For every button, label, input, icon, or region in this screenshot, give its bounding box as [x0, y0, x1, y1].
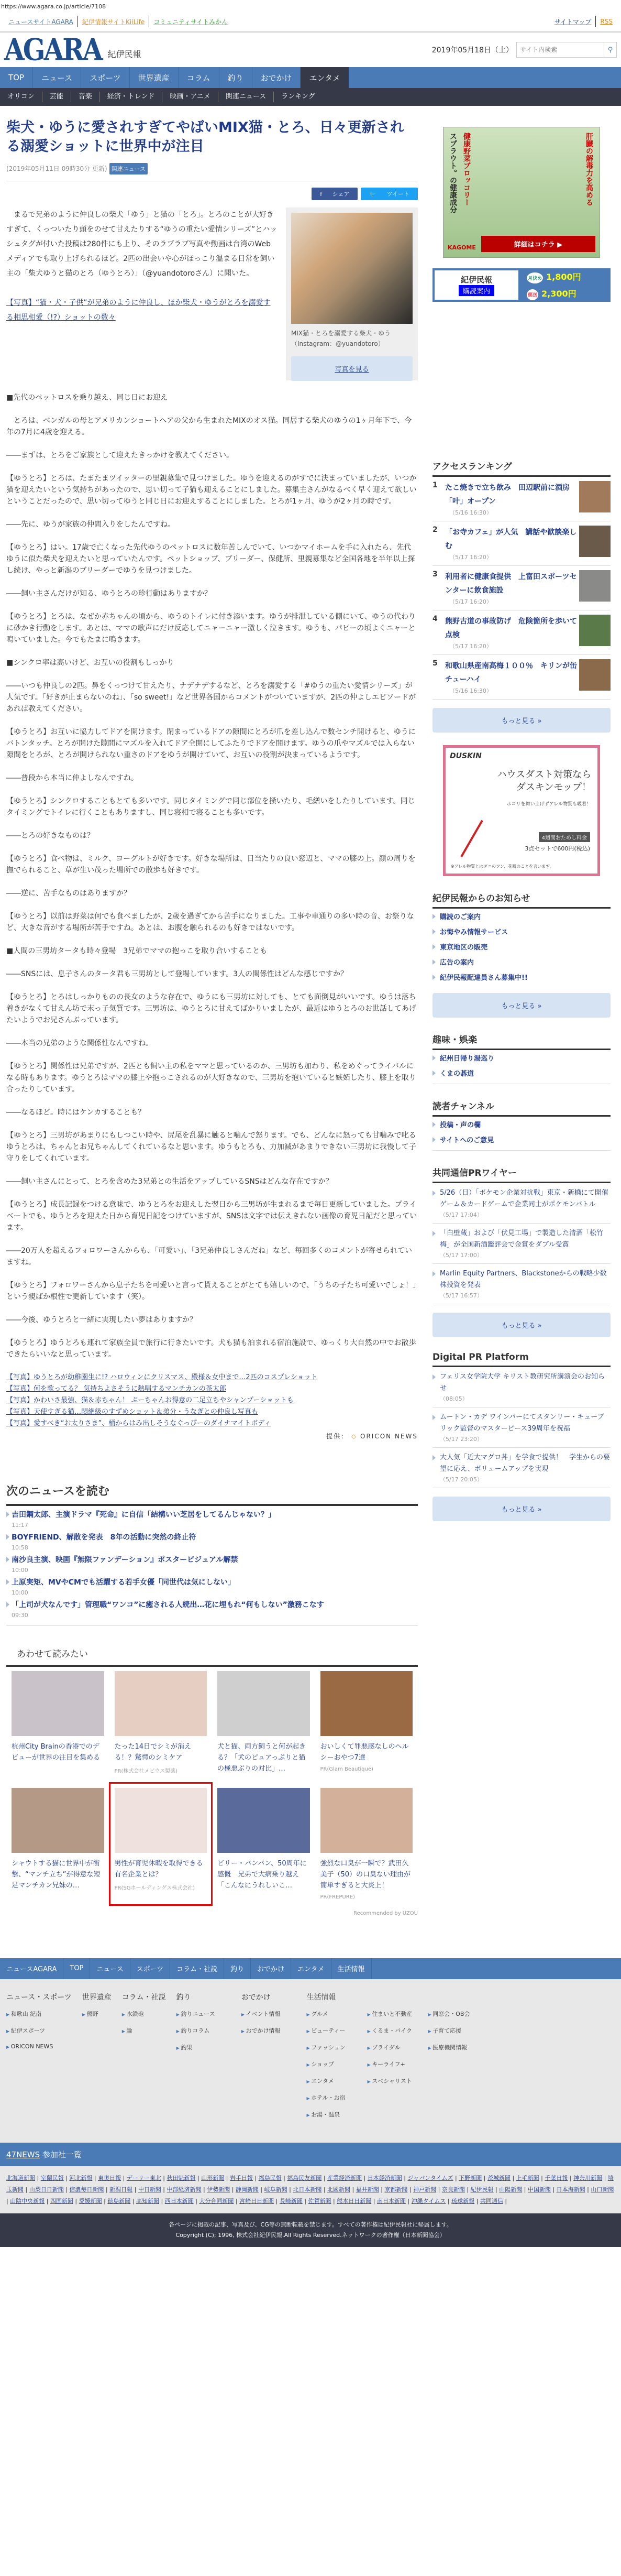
card-title: たった14日でシミが消える！？驚愕のシミケア [115, 1741, 207, 1763]
link-news-site[interactable]: ニュースサイトAGARA [4, 17, 77, 26]
pr-link[interactable]: 5/26（日）「ポケモン企業対抗戦」東京・新橋にて開催 ゲーム＆カードゲームで企… [440, 1189, 615, 1208]
paragraph: ――まずは、とろをご家族として迎えたきっかけを教えてください。 [6, 450, 418, 461]
snav-related[interactable]: 関連ニュース [218, 92, 274, 102]
footer-col-fishing: 釣り釣りニュース釣りコラム釣果 [176, 1992, 215, 2127]
rank-number: 1 [433, 481, 445, 517]
notice-list: 購読のご案内 お悔やみ情報サービス 東京地区の販売 広告の案内 紀伊民報配達員さ… [433, 909, 611, 985]
article-updated: (2019年05月11日 09時30分 更新) [6, 164, 107, 173]
newspaper-link[interactable]: 共同通信 [480, 2198, 503, 2204]
article-column: 柴犬・ゆうに愛されすぎてやばいMIX猫・とろ、日々更新される溺愛ショットに世界中… [6, 106, 418, 1916]
paragraph: ■人間の三男坊タータも時々登場 3兄弟でママの抱っこを取り合いすることも [6, 945, 418, 957]
footer-link[interactable]: お湯・温泉 [306, 2110, 364, 2119]
footer-link[interactable]: ビューティー [306, 2026, 364, 2035]
newspaper-link[interactable]: 大分合同新聞 [199, 2198, 234, 2204]
footer-link[interactable]: 水鉄砲 [122, 2010, 166, 2018]
utility-bar: ニュースサイトAGARA 紀伊情報サイトKiiLife コミュニティサイトみかん… [0, 12, 621, 32]
separator: | [494, 2186, 500, 2193]
ranking-thumbnail[interactable] [579, 526, 611, 557]
col-heading: おでかけ [241, 1992, 281, 2002]
reader-list: 投稿・声の欄 サイトへのご意見 [433, 1117, 611, 1151]
ad-brand: KAGOME [448, 244, 476, 251]
separator: | [321, 2175, 327, 2181]
ad-brand: DUSKIN [450, 752, 593, 760]
paragraph: ――飼い主さんにとって、とろを含めた3兄弟との生活をアップしているSNSはどんな… [6, 1176, 418, 1187]
separator: | [585, 2186, 591, 2193]
newspaper-link[interactable]: デーリー東北 [127, 2175, 161, 2181]
list-item: お悔やみ情報サービス [433, 924, 611, 939]
footer-link[interactable]: キーライフ+ [367, 2060, 425, 2068]
kagome-ad[interactable]: スプラウト。の健康成分 健康野菜ブロッコリー 肝臓の解毒力を高める KAGOME… [443, 127, 600, 258]
subscribe-label: 購読案内 [459, 285, 494, 296]
link-kiilife[interactable]: 紀伊情報サイトKiiLife [78, 17, 149, 26]
newspaper-link[interactable]: 京都新聞 [384, 2186, 407, 2193]
newspaper-link[interactable]: 東奥日報 [98, 2175, 121, 2181]
ranking-list: 1たこ焼きで立ち飲み 田辺駅前に酒房「叶」オープン（5/16 16:30） 2「… [433, 477, 611, 700]
ranking-link[interactable]: 熊野古道の事故防げ 危険箇所を歩いて点検 [445, 617, 577, 639]
duskin-ad[interactable]: DUSKIN ハウスダスト対策ならダスキンモップ！ ホコリを舞い上げずアレル物質… [443, 745, 600, 876]
newspaper-link[interactable]: 産業経済新聞 [327, 2175, 362, 2181]
recommend-grid: 杭州City Brainの香港でのデビューが世界の注目を集める たった14日でシ… [6, 1671, 418, 1900]
reader-link[interactable]: サイトへのご意見 [440, 1137, 494, 1144]
newspaper-link[interactable]: 北海道新聞 [6, 2175, 35, 2181]
sidebar: スプラウト。の健康成分 健康野菜ブロッコリー 肝臓の解毒力を高める KAGOME… [433, 106, 611, 1916]
mail-badge: 郵送 [527, 289, 538, 300]
footer-link[interactable]: 子育て応援 [428, 2026, 485, 2035]
separator: | [259, 2186, 264, 2193]
list-item: 紀伊民報配達員さん募集中!! [433, 969, 611, 985]
separator: | [24, 2186, 29, 2193]
dpr-more-button[interactable]: もっと見る » [433, 1497, 611, 1521]
fnav-home[interactable]: ニュースAGARA [0, 1958, 63, 1979]
site-logo[interactable]: AGARA 紀伊民報 [4, 37, 141, 63]
separator: | [159, 2198, 165, 2204]
monthly-price: 1,800円 [546, 272, 581, 282]
ranking-item: 1たこ焼きで立ち飲み 田辺駅前に酒房「叶」オープン（5/16 16:30） [433, 477, 611, 521]
paragraph: ――とろの好きなものは？ [6, 830, 418, 842]
gnav-column[interactable]: コラム [179, 67, 219, 88]
footer-link[interactable]: 釣りコラム [176, 2026, 215, 2035]
ranking-item: 3利用者に健康食提供 上富田スポーツセンターに飲食施設（5/17 16:20） [433, 566, 611, 610]
newspaper-link[interactable]: 千葉日報 [545, 2175, 568, 2181]
newspaper-link[interactable]: 沖縄タイムス [412, 2198, 446, 2204]
notice-heading: 紀伊民報からのお知らせ [433, 891, 611, 909]
ranking-date: （5/17 16:20） [445, 597, 579, 606]
newspaper-link[interactable]: 信濃毎日新聞 [69, 2186, 104, 2193]
pr-link[interactable]: ムートン・カデ ワインバーにてスタンリー・キューブリック監督のマスターピース39… [440, 1413, 604, 1433]
news-time: 11:17 [12, 1522, 418, 1529]
related-link[interactable]: 【写真】天使すぎる猫…悶絶級のすずめショット＆弟分・うなぎとの仲良し写真も [6, 1406, 418, 1418]
hobby-list: 紀州日帰り湯巡り くまの碁道 [433, 1050, 611, 1084]
footer-link[interactable]: ショップ [306, 2060, 364, 2068]
copyright-notice: 各ページに掲載の記事、写真及び、CG等の無断転載を禁じます。すべての著作権は紀伊… [6, 2220, 615, 2230]
newspaper-link[interactable]: 室蘭民報 [41, 2175, 64, 2181]
related-link[interactable]: 【写真】何を歌ってる？ 気持ちよさそうに熱唱するマンチカンの茶太郎 [6, 1383, 418, 1395]
newspaper-link[interactable]: 徳島新聞 [107, 2198, 130, 2204]
hobby-link[interactable]: くまの碁道 [440, 1070, 474, 1078]
paragraph: ――普段から本当に仲よしなんですね。 [6, 772, 418, 784]
footer-link[interactable]: スペシャリスト [367, 2077, 425, 2085]
footer-link[interactable]: 釣果 [176, 2043, 215, 2051]
footer-link[interactable]: ORICON NEWS [6, 2043, 72, 2050]
newspaper-link[interactable]: 上毛新聞 [516, 2175, 539, 2181]
separator: | [196, 2175, 202, 2181]
news-time: 10:00 [12, 1589, 418, 1596]
newspaper-link[interactable]: 中国新聞 [528, 2186, 551, 2193]
separator: | [331, 2198, 337, 2204]
separator: | [202, 2186, 207, 2193]
pr-date: （08:05） [440, 1394, 611, 1403]
newspaper-link[interactable]: 神戸新聞 [413, 2186, 436, 2193]
snav-oricon[interactable]: オリコン [0, 92, 42, 102]
snav-economy[interactable]: 経済・トレンド [100, 92, 163, 102]
newspaper-link[interactable]: 伊勢新聞 [207, 2186, 230, 2193]
footer-link[interactable]: 住まいと不動産 [367, 2010, 425, 2018]
card-thumbnail [320, 1788, 413, 1853]
newspaper-link[interactable]: 山梨日日新聞 [29, 2186, 64, 2193]
news-time: 09:30 [12, 1612, 418, 1619]
fnav-fishing[interactable]: 釣り [224, 1958, 251, 1979]
card-title: 強烈な口臭が一瞬で？武田久美子（50）の口臭ない理由が簡単すぎると大炎上！ [320, 1858, 413, 1891]
newspaper-link[interactable]: 山陰中央新報 [10, 2198, 45, 2204]
paragraph: ――先に、ゆうが家族の仲間入りをしたんですね。 [6, 519, 418, 530]
fnav-entertainment[interactable]: エンタメ [291, 1958, 331, 1979]
browser-url: https://www.agara.co.jp/article/7108 [0, 0, 621, 12]
gnav-heritage[interactable]: 世界遺産 [130, 67, 179, 88]
paragraph: ――SNSには、息子さんのタータ君も三男坊として登場しています。3人の関係性はど… [6, 968, 418, 980]
separator: | [350, 2186, 356, 2193]
list-item: 「白壁蔵」および「伏見工場」で製造した清酒「松竹梅」が全国新酒鑑評会で金賞をダブ… [433, 1224, 611, 1264]
footer-link[interactable]: ホテル・お宿 [306, 2093, 364, 2102]
card-thumbnail [115, 1671, 207, 1736]
gnav-entertainment[interactable]: エンタメ [301, 67, 349, 88]
article-lead: まるで兄弟のように仲良しの柴犬「ゆう」と猫の「とろ」。とろのことが大好きすぎて、… [6, 208, 278, 281]
footer-nav: ニュースAGARA TOP ニュース スポーツ コラム・社説 釣り おでかけ エ… [0, 1958, 621, 1979]
ranking-date: （5/16 16:30） [445, 508, 579, 517]
notice-link[interactable]: 東京地区の販売 [440, 944, 487, 952]
ranking-item: 4熊野古道の事故防げ 危険箇所を歩いて点検（5/17 16:20） [433, 610, 611, 655]
newspaper-link[interactable]: 中日新聞 [138, 2186, 161, 2193]
newspaper-link[interactable]: 福井新聞 [356, 2186, 379, 2193]
47news-bar: 47NEWS 参加社一覧 [0, 2143, 621, 2166]
ranking-link[interactable]: たこ焼きで立ち飲み 田辺駅前に酒房「叶」オープン [445, 484, 570, 506]
newspaper-link[interactable]: 岐阜新聞 [264, 2186, 287, 2193]
footer-col-news: ニュース・スポーツ和歌山 紀南紀伊スポーツORICON NEWS [6, 1992, 72, 2127]
card-sponsor: PR(株式会社メビウス製薬) [115, 1766, 207, 1774]
newspaper-link[interactable]: 南日本新聞 [377, 2198, 406, 2204]
global-nav: TOP ニュース スポーツ 世界遺産 コラム 釣り おでかけ エンタメ [0, 67, 621, 88]
footer-col-outing: おでかけイベント情報おでかけ情報 [241, 1992, 281, 2127]
separator: | [602, 2175, 608, 2181]
footer-link[interactable]: 同窓会・OB会 [428, 2010, 485, 2018]
list-item: フェリス女学院大学 キリスト教研究所講演会のお知らせ（08:05） [433, 1367, 611, 1407]
fnav-sports[interactable]: スポーツ [130, 1958, 170, 1979]
newspaper-link[interactable]: 奈良新聞 [442, 2186, 465, 2193]
facebook-icon: f [316, 189, 328, 200]
col-heading: 世界遺産 [82, 1992, 112, 2002]
fnav-life[interactable]: 生活情報 [331, 1958, 372, 1979]
newspaper-list: 北海道新聞 | 室蘭民報 | 河北新報 | 東奥日報 | デーリー東北 | 秋田… [0, 2166, 621, 2213]
separator: | [161, 2186, 167, 2193]
newspaper-link[interactable]: 日本経済新聞 [368, 2175, 402, 2181]
related-link[interactable]: 【写真】かわいさ最強、猫＆赤ちゃん！ ぷーちゃんお得意の二足立ちやシャンプーショ… [6, 1395, 418, 1406]
separator: | [362, 2175, 368, 2181]
rank-number: 5 [433, 659, 445, 695]
newspaper-link[interactable]: 河北新報 [69, 2175, 92, 2181]
related-photo-links: 【写真】ゆうとろが幼稚園生に!? ハロウィンにクリスマス、殿様＆女中まで…2匹の… [6, 1372, 418, 1429]
separator: | [446, 2198, 451, 2204]
ranking-item: 2「お寺カフェ」が人気 講話や歓談楽しむ（5/17 16:20） [433, 521, 611, 566]
newspaper-link[interactable]: 岩手日報 [230, 2175, 253, 2181]
separator: | [73, 2198, 79, 2204]
pr-link[interactable]: 大人気「近大マグロ丼」を学食で提供！ 学生からの要望に応え、ボリュームアップを実… [440, 1454, 610, 1473]
news-link[interactable]: 吉田鋼太郎、主演ドラマ『死命』に自信「結構いい芝居をしてるんじゃない？」 [12, 1511, 275, 1519]
subscribe-banner[interactable]: 紀伊民報購読案内 月決め1,800円 郵送2,300円 [433, 268, 611, 302]
list-item: 吉田鋼太郎、主演ドラマ『死命』に自信「結構いい芝居をしてるんじゃない？」11:1… [6, 1506, 418, 1529]
ranking-thumbnail[interactable] [579, 481, 611, 512]
notice-link[interactable]: 購読のご案内 [440, 913, 481, 921]
separator: | [371, 2198, 377, 2204]
newspaper-link[interactable]: ジャパンタイムズ [407, 2175, 453, 2181]
snav-ranking[interactable]: ランキング [274, 92, 323, 102]
gnav-fishing[interactable]: 釣り [219, 67, 252, 88]
pr-link[interactable]: 「白壁蔵」および「伏見工場」で製造した清酒「松竹梅」が全国新酒鑑評会で金賞をダブ… [440, 1229, 603, 1249]
paragraph: 【ゆうとろ】成長記録をつける意味で、ゆうとろをお迎えした翌日から三男坊が生まれる… [6, 1199, 418, 1234]
label: シェア [328, 189, 354, 200]
card-sponsor: PR(Glam Beautique) [320, 1766, 413, 1772]
recommend-card[interactable]: ビリー・バンバン、50周年に感慨 兄弟で大病乗り越え「こんなにうれしいこ… [217, 1788, 310, 1900]
newspaper-link[interactable]: 長崎新聞 [280, 2198, 303, 2204]
separator: | [511, 2175, 516, 2181]
divider [6, 181, 418, 181]
reader-link[interactable]: 投稿・声の欄 [440, 1121, 481, 1129]
separator: | [253, 2175, 259, 2181]
search-input[interactable] [517, 42, 604, 57]
footer-link[interactable]: イベント情報 [241, 2010, 281, 2018]
footer-link[interactable]: おでかけ情報 [241, 2026, 281, 2035]
ranking-more-button[interactable]: もっと見る » [433, 708, 611, 733]
notice-more-button[interactable]: もっと見る » [433, 993, 611, 1018]
newspaper-link[interactable]: 琉球新報 [451, 2198, 474, 2204]
newspaper-link[interactable]: 四国新聞 [50, 2198, 73, 2204]
separator: | [92, 2175, 98, 2181]
notice-link[interactable]: 紀伊民報配達員さん募集中!! [440, 974, 528, 982]
ranking-thumbnail[interactable] [579, 615, 611, 646]
card-title: 犬と猫、両方飼うと何が起きる？「犬のピュアっぷりと猫の極悪ぶりの対比」… [217, 1741, 310, 1774]
search-icon[interactable]: ⚲ [604, 42, 616, 57]
kyodo-list: 5/26（日）「ポケモン企業対抗戦」東京・新橋にて開催 ゲーム＆カードゲームで企… [433, 1183, 611, 1304]
ranking-link[interactable]: 利用者に健康食提供 上富田スポーツセンターに飲食施設 [445, 573, 576, 595]
snav-movie[interactable]: 映画・アニメ [162, 92, 218, 102]
ranking-link[interactable]: 「お寺カフェ」が人気 講話や歓談楽しむ [445, 528, 576, 550]
hobby-link[interactable]: 紀州日帰り湯巡り [440, 1055, 494, 1063]
recommend-card[interactable]: 犬と猫、両方飼うと何が起きる？「犬のピュアっぷりと猫の極悪ぶりの対比」… [217, 1671, 310, 1777]
list-item: 購読のご案内 [433, 909, 611, 924]
paragraph: 【ゆうとろ】とろは、たまたまツイッターの里親募集で見つけました。ゆうを迎えるのが… [6, 473, 418, 507]
dpr-heading: Digital PR Platform [433, 1352, 611, 1367]
footer-link[interactable]: 和歌山 紀南 [6, 2010, 72, 2018]
col-heading: ニュース・スポーツ [6, 1992, 72, 2002]
separator: | [64, 2175, 70, 2181]
newspaper-link[interactable]: 中部経済新聞 [167, 2186, 202, 2193]
col-heading: 生活情報 [306, 1992, 485, 2002]
footer-link[interactable]: 医療機関情報 [428, 2043, 485, 2051]
newspaper-link[interactable]: 北國新聞 [327, 2186, 350, 2193]
rank-number: 2 [433, 526, 445, 561]
newspaper-link[interactable]: 高知新聞 [136, 2198, 159, 2204]
newspaper-link[interactable]: 北日本新聞 [293, 2186, 321, 2193]
paragraph: 【ゆうとろ】三男坊があまりにもしつこい時や、尻尾を乱暴に触ると噛んで怒ります。で… [6, 1130, 418, 1164]
news-link[interactable]: 上原実矩、MVやCMでも活躍する若手女優「同世代は気にしない」 [12, 1578, 235, 1587]
newspaper-link[interactable]: 佐賀新聞 [308, 2198, 331, 2204]
ranking-thumbnail[interactable] [579, 659, 611, 691]
sub-nav: オリコン 芸能 音楽 経済・トレンド 映画・アニメ 関連ニュース ランキング [0, 88, 621, 106]
recommend-card[interactable]: たった14日でシミが消える！？驚愕のシミケアPR(株式会社メビウス製薬) [115, 1671, 207, 1777]
newspaper-link[interactable]: 愛媛新聞 [79, 2198, 102, 2204]
ad-price: 3点セットで600円(税込) [525, 844, 590, 853]
footer-link[interactable]: 釣りニュース [176, 2010, 215, 2018]
ranking-thumbnail[interactable] [579, 570, 611, 602]
separator: | [303, 2198, 308, 2204]
footer-link[interactable]: くるま・バイク [367, 2026, 425, 2035]
article-photo[interactable] [291, 213, 413, 324]
fnav-column[interactable]: コラム・社説 [170, 1958, 224, 1979]
recommended-by: Recommended by UZOU [6, 1911, 418, 1916]
separator: | [102, 2198, 108, 2204]
gnav-top[interactable]: TOP [0, 67, 33, 88]
separator: | [522, 2186, 528, 2193]
pr-link[interactable]: フェリス女学院大学 キリスト教研究所講演会のお知らせ [440, 1373, 605, 1392]
news-link[interactable]: 「上司が犬なんです」管理職“ワンコ”に癒される人続出…花に埋もれ“何もしない”激… [12, 1601, 324, 1609]
footer-link[interactable]: 熊野 [82, 2010, 112, 2018]
link-rss[interactable]: RSS [596, 18, 617, 25]
view-photos-button[interactable]: 写真を見る [291, 356, 413, 381]
card-title: おいしくて罪悪感なしのヘルシーおやつ7選 [320, 1741, 413, 1763]
newspaper-link[interactable]: 日本海新聞 [557, 2186, 585, 2193]
newspaper-link[interactable]: 神奈川新聞 [573, 2175, 602, 2181]
ad-cta-button[interactable]: 詳細はコチラ ▶ [481, 236, 595, 252]
footer-link[interactable]: 論 [122, 2026, 166, 2035]
footer-link[interactable]: グルメ [306, 2010, 364, 2018]
kyodo-more-button[interactable]: もっと見る » [433, 1313, 611, 1337]
pr-link[interactable]: Marlin Equity Partners、Blackstoneからの戦略少数… [440, 1270, 607, 1289]
fnav-outing[interactable]: おでかけ [251, 1958, 291, 1979]
newspaper-link[interactable]: 紀伊民報 [471, 2186, 494, 2193]
ranking-heading: アクセスランキング [433, 459, 611, 477]
monthly-badge: 月決め [527, 272, 543, 283]
pr-date: （5/17 20:05） [440, 1475, 611, 1483]
snav-geinou[interactable]: 芸能 [42, 92, 71, 102]
related-link[interactable]: 【写真】愛すべき“お太りさま”、桶からはみ出しそうなぐっぴーのダイナマイトボディ [6, 1418, 418, 1429]
pr-date: （5/17 17:04） [440, 1210, 611, 1219]
list-item: 広告の案内 [433, 954, 611, 969]
ad-trial: 4週間おためし料金 [539, 832, 590, 842]
credit-prefix: 提供： [326, 1433, 348, 1440]
card-sponsor: PR(SGホールディングス株式会社) [115, 1883, 207, 1891]
article-title: 柴犬・ゆうに愛されすぎてやばいMIX猫・とろ、日々更新される溺愛ショットに世界中… [6, 118, 418, 157]
category-tag[interactable]: 関連ニュース [109, 163, 148, 174]
separator: | [465, 2186, 471, 2193]
twitter-tweet-button[interactable]: 🐦 ツイート [361, 188, 418, 200]
fnav-news[interactable]: ニュース [90, 1958, 130, 1979]
facebook-share-button[interactable]: f シェア [312, 188, 358, 200]
card-thumbnail [115, 1788, 207, 1853]
footer-link[interactable]: ファッション [306, 2043, 364, 2051]
footer-link[interactable]: ブライダル [367, 2043, 425, 2051]
recommend-card[interactable]: 杭州City Brainの香港でのデビューが世界の注目を集める [12, 1671, 104, 1777]
link-sitemap[interactable]: サイトマップ [550, 17, 596, 26]
oricon-logo-icon: ◇ [351, 1433, 357, 1440]
fnav-top[interactable]: TOP [63, 1958, 90, 1979]
footer-link[interactable]: 紀伊スポーツ [6, 2026, 72, 2035]
paragraph: 【ゆうとろ】はい。17歳で亡くなった先代ゆうのペットロスに数年苦しんでいて、いつ… [6, 542, 418, 576]
separator: | [503, 2198, 507, 2204]
newspaper-link[interactable]: 山陽新聞 [499, 2186, 522, 2193]
photo-gallery-link[interactable]: 【写真】“猫・犬・子供”が兄弟のように仲良し、ほか柴犬・ゆうがとろを溺愛する相思… [6, 296, 278, 325]
newspaper-link[interactable]: 西日本新聞 [165, 2198, 194, 2204]
copyright-line: Copyright (C); 1996, 株式会社紀伊民報.All Rights… [6, 2230, 615, 2241]
notice-link[interactable]: お悔やみ情報サービス [440, 929, 508, 936]
separator: | [453, 2175, 459, 2181]
newspaper-link[interactable]: 宮崎日日新聞 [239, 2198, 274, 2204]
newspaper-link[interactable]: 茨城新聞 [487, 2175, 511, 2181]
paragraph: ――逆に、苦手なものはありますか？ [6, 888, 418, 899]
list-item: 上原実矩、MVやCMでも活躍する若手女優「同世代は気にしない」10:00 [6, 1574, 418, 1596]
ranking-link[interactable]: 和歌山県産南高梅１００％ キリンが缶チューハイ [445, 662, 577, 684]
ad-text: 健康野菜ブロッコリー [461, 133, 472, 206]
mop-icon [460, 820, 483, 857]
current-date: 2019年05月18日（土） [432, 45, 513, 55]
newspaper-link[interactable]: 下野新聞 [459, 2175, 482, 2181]
related-link[interactable]: 【写真】ゆうとろが幼稚園生に!? ハロウィンにクリスマス、殿様＆女中まで…2匹の… [6, 1372, 418, 1383]
newspaper-link[interactable]: 熊本日日新聞 [337, 2198, 371, 2204]
news-link[interactable]: BOYFRIEND、解散を発表 8年の活動に突然の終止符 [12, 1533, 196, 1542]
link-mikan[interactable]: コミュニティサイトみかん [149, 17, 232, 26]
notice-link[interactable]: 広告の案内 [440, 959, 474, 967]
card-thumbnail [217, 1671, 310, 1736]
ranking-date: （5/17 16:20） [445, 553, 579, 561]
list-item: 5/26（日）「ポケモン企業対抗戦」東京・新橋にて開催 ゲーム＆カードゲームで企… [433, 1183, 611, 1224]
newspaper-link[interactable]: 福島民報 [259, 2175, 282, 2181]
recommend-card-highlighted[interactable]: 男性が育児休暇を取得できる有名企業とは？PR(SGホールディングス株式会社) [115, 1788, 207, 1900]
newspaper-link[interactable]: 静岡新聞 [236, 2186, 259, 2193]
recommend-card[interactable]: シャウトする猫に世界中が衝撃、“マンチ立ち”が得意な短足マンチカン兄妹の… [12, 1788, 104, 1900]
separator: | [402, 2175, 408, 2181]
gnav-sports[interactable]: スポーツ [81, 67, 129, 88]
recommend-card[interactable]: 強烈な口臭が一瞬で？武田久美子（50）の口臭ない理由が簡単すぎると大炎上！PR(… [320, 1788, 413, 1900]
ad-note: ※アレル物質とはダニのフン、花粉のことを言います。 [451, 864, 554, 869]
paragraph: 【ゆうとろ】お互いに協力してドアを開けます。閉まっているドアの隙間にとろが爪を差… [6, 726, 418, 761]
paragraph: 【ゆうとろ】関係性は兄弟ですが、2匹とも飼い主の私をママと思っているのか、三男坊… [6, 1061, 418, 1095]
newspaper-link[interactable]: 秋田魁新報 [167, 2175, 196, 2181]
gnav-news[interactable]: ニュース [33, 67, 81, 88]
snav-music[interactable]: 音楽 [71, 92, 100, 102]
col-heading: コラム・社説 [122, 1992, 166, 2002]
recommend-card[interactable]: おいしくて罪悪感なしのヘルシーおやつ7選PR(Glam Beautique) [320, 1671, 413, 1777]
news-time: 10:00 [12, 1567, 418, 1574]
footer-link[interactable]: エンタメ [306, 2077, 364, 2085]
news-link[interactable]: 南沙良主演、映画『無限ファンデーション』ポスタービジュアル解禁 [12, 1556, 238, 1564]
newspaper-link[interactable]: 山形新聞 [201, 2175, 224, 2181]
newspaper-link[interactable]: 福島民友新聞 [287, 2175, 321, 2181]
reader-heading: 読者チャンネル [433, 1099, 611, 1117]
newspaper-link[interactable]: 新潟日報 [109, 2186, 132, 2193]
47news-link[interactable]: 47NEWS [6, 2150, 40, 2159]
list-item: Marlin Equity Partners、Blackstoneからの戦略少数… [433, 1264, 611, 1304]
gnav-outing[interactable]: おでかけ [252, 67, 301, 88]
newspaper-link[interactable]: 山口新聞 [591, 2186, 614, 2193]
ad-headline: ハウスダスト対策ならダスキンモップ！ [497, 769, 591, 794]
separator: | [130, 2198, 136, 2204]
